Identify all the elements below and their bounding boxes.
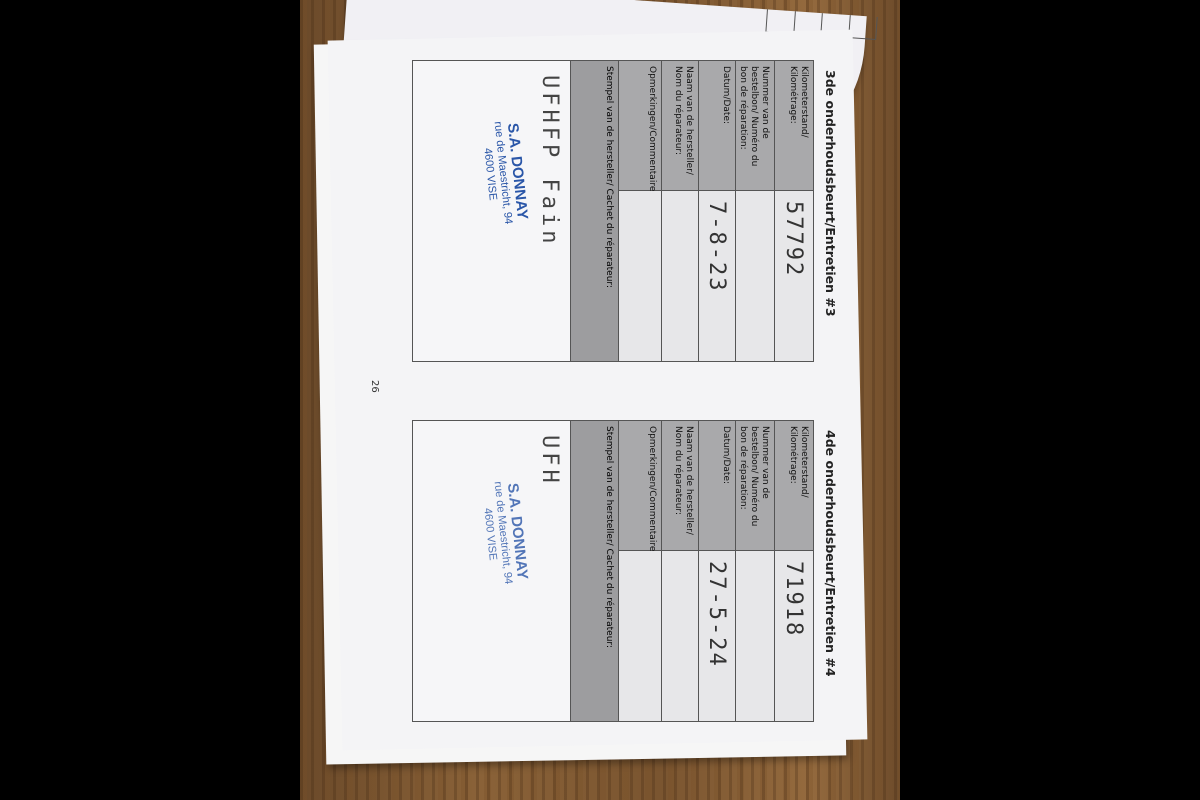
page-number: 26 [369,380,380,393]
page-content: 3de onderhoudsbeurt/Entretien #3 Kilomet… [350,40,850,740]
field-label: Datum/Date: [699,421,735,551]
form-row-kilometrage: Kilometerstand/ Kilométrage: 71918 [774,421,813,721]
field-value [619,191,661,361]
field-label: Opmerkingen/Commentaires: [619,61,661,191]
entry-4-section: 4de onderhoudsbeurt/Entretien #4 Kilomet… [350,400,850,740]
stamp-label: Stempel van de hersteller/ Cachet du rép… [570,421,618,721]
field-label: Naam van de hersteller/ Nom du réparateu… [662,421,698,551]
field-value: 71918 [775,551,813,721]
stamp-label: Stempel van de hersteller/ Cachet du rép… [570,61,618,361]
field-label: Kilometerstand/ Kilométrage: [775,421,813,551]
form-row-date: Datum/Date: 7-8-23 [698,61,735,361]
form-row-repairer-name: Naam van de hersteller/ Nom du réparateu… [661,61,698,361]
field-value [619,551,661,721]
field-label: Datum/Date: [699,61,735,191]
field-label: Opmerkingen/Commentaires: [619,421,661,551]
entry-3-section: 3de onderhoudsbeurt/Entretien #3 Kilomet… [350,40,850,380]
field-value [736,191,774,361]
field-value [736,551,774,721]
field-value: 27-5-24 [699,551,735,721]
field-label: Nummer van de bestelbon/ Numéro du bon d… [736,61,774,191]
field-label: Kilometerstand/ Kilométrage: [775,61,813,191]
handwritten-note: UFHFP Fain [537,75,562,247]
form-row-comments: Opmerkingen/Commentaires: [618,421,661,721]
service-form: Kilometerstand/ Kilométrage: 71918 Numme… [412,420,814,722]
form-row-kilometrage: Kilometerstand/ Kilométrage: 57792 [774,61,813,361]
form-row-repairer-name: Naam van de hersteller/ Nom du réparateu… [661,421,698,721]
entry-title: 3de onderhoudsbeurt/Entretien #3 [823,70,838,317]
form-row-comments: Opmerkingen/Commentaires: [618,61,661,361]
form-row-date: Datum/Date: 27-5-24 [698,421,735,721]
dealer-stamp: S.A. DONNAY rue de Maestricht, 94 4600 V… [478,119,532,226]
form-row-order-number: Nummer van de bestelbon/ Numéro du bon d… [735,61,774,361]
dealer-stamp: S.A. DONNAY rue de Maestricht, 94 4600 V… [478,479,532,586]
field-label: Nummer van de bestelbon/ Numéro du bon d… [736,421,774,551]
entry-title: 4de onderhoudsbeurt/Entretien #4 [823,430,838,677]
field-value: 57792 [775,191,813,361]
field-label: Naam van de hersteller/ Nom du réparateu… [662,61,698,191]
form-row-order-number: Nummer van de bestelbon/ Numéro du bon d… [735,421,774,721]
stamp-area: UFHFP Fain S.A. DONNAY rue de Maestricht… [410,61,570,361]
field-value: 7-8-23 [699,191,735,361]
field-value [662,191,698,361]
field-value [662,551,698,721]
handwritten-note: UFH [537,435,562,487]
service-form: Kilometerstand/ Kilométrage: 57792 Numme… [412,60,814,362]
stamp-area: UFH S.A. DONNAY rue de Maestricht, 94 46… [410,421,570,721]
